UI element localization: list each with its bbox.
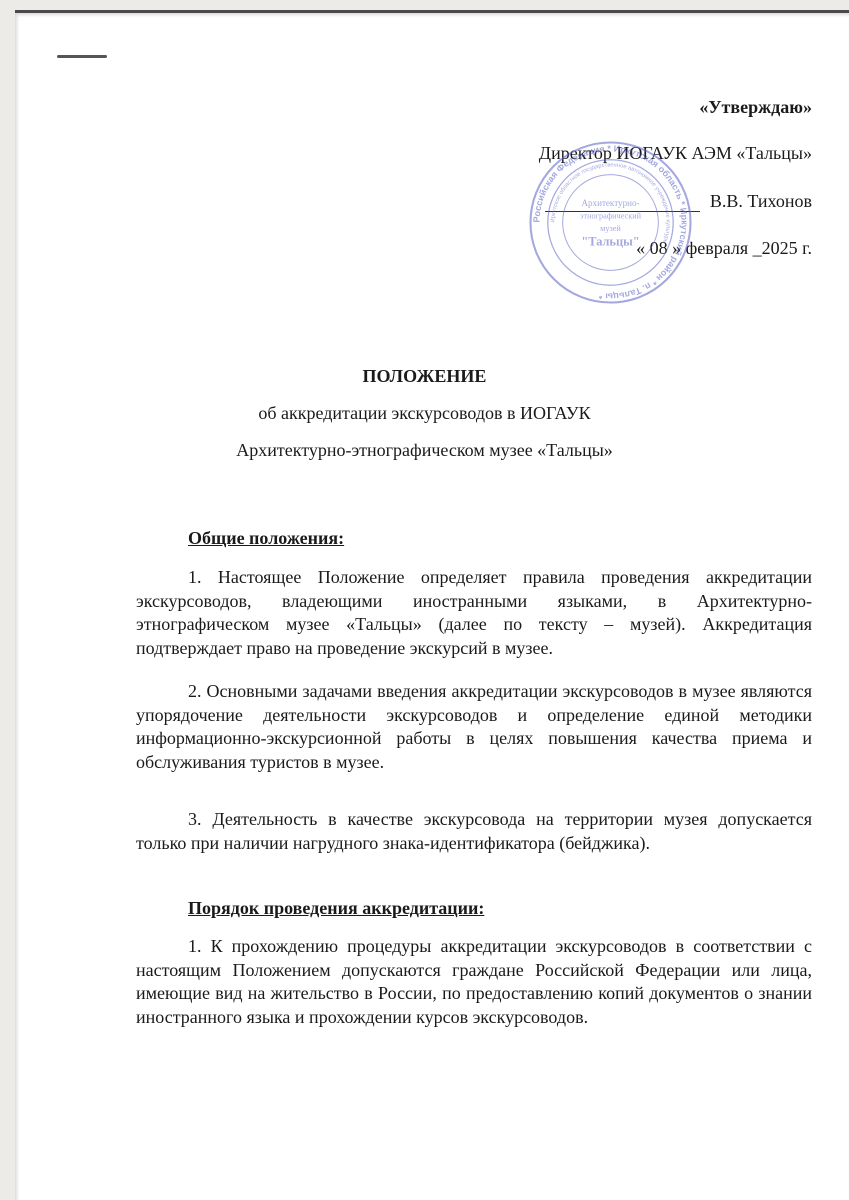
document-subtitle-line2: Архитектурно-этнографическом музее «Таль… [0,440,849,461]
svg-text:музей: музей [600,224,621,233]
paragraph: 1. Настоящее Положение определяет правил… [136,566,812,660]
approval-signature-name: В.В. Тихонов [710,191,812,212]
paragraph: 3. Деятельность в качестве экскурсовода … [136,808,812,855]
svg-text:этнографический: этнографический [580,211,642,220]
paragraph: 2. Основными задачами введения аккредита… [136,680,812,774]
official-stamp-icon: Российская Федерация * Иркутская область… [528,140,693,305]
approval-title: «Утверждаю» [699,97,812,118]
staple-mark [57,55,107,58]
section-heading-procedure: Порядок проведения аккредитации: [188,898,484,919]
paragraph: 1. К прохождению процедуры аккредитации … [136,935,812,1029]
document-subtitle-line1: об аккредитации экскурсоводов в ИОГАУК [0,403,849,424]
section-heading-general: Общие положения: [188,528,344,549]
svg-text:Архитектурно-: Архитектурно- [581,198,639,208]
document-title: ПОЛОЖЕНИЕ [0,366,849,387]
svg-text:"Тальцы": "Тальцы" [581,235,639,249]
